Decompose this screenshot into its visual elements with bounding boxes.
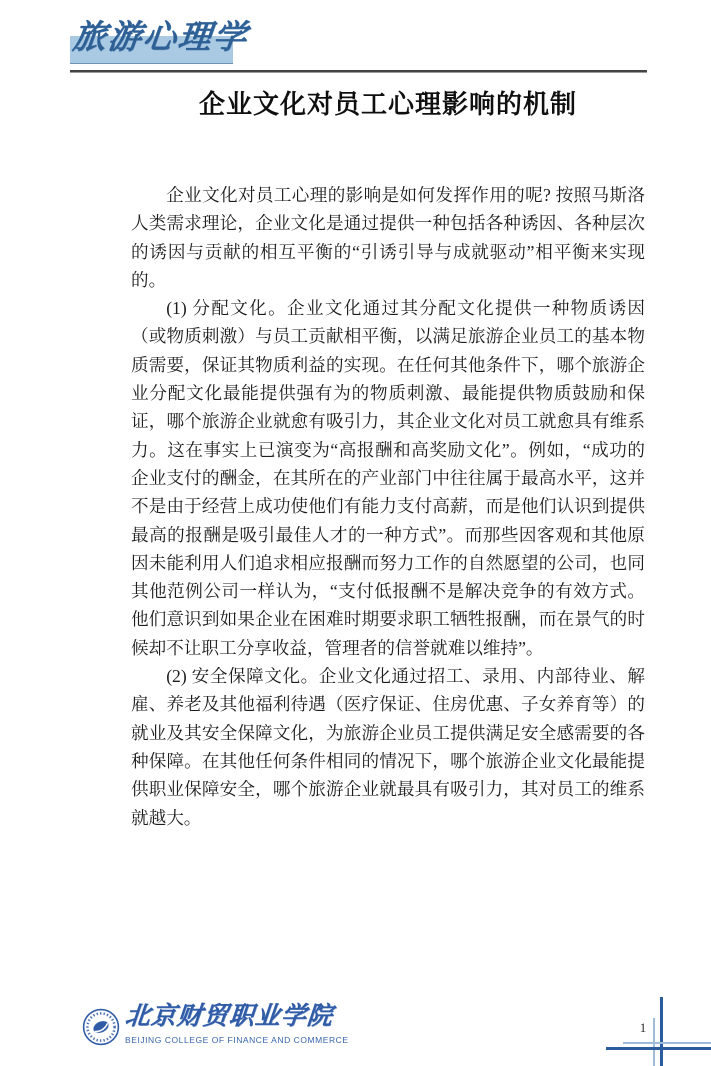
college-seal-icon (82, 1008, 120, 1051)
series-title: 旅游心理学 (71, 16, 245, 58)
college-names: 北京财贸职业学院 BEIJING COLLEGE OF FINANCE AND … (125, 998, 385, 1045)
header-rule (70, 70, 647, 73)
college-name-zh: 北京财贸职业学院 (123, 998, 386, 1034)
paragraph: 企业文化对员工心理的影响是如何发挥作用的呢? 按照马斯洛人类需求理论，企业文化是… (131, 181, 645, 294)
page-title: 企业文化对员工心理影响的机制 (131, 84, 645, 121)
paragraph: (1) 分配文化。企业文化通过其分配文化提供一种物质诱因（或物质刺激）与员工贡献… (131, 294, 645, 662)
college-name-en: BEIJING COLLEGE OF FINANCE AND COMMERCE (125, 1035, 385, 1045)
paragraph: (2) 安全保障文化。企业文化通过招工、录用、内部待业、解雇、养老及其他福利待遇… (131, 662, 645, 832)
corner-line-vertical-dark (660, 997, 663, 1066)
article-body: 企业文化对员工心理的影响是如何发挥作用的呢? 按照马斯洛人类需求理论，企业文化是… (131, 181, 645, 832)
book-page: 旅游心理学 企业文化对员工心理影响的机制 企业文化对员工心理的影响是如何发挥作用… (0, 0, 711, 1066)
corner-line-horizontal-light (623, 1042, 711, 1044)
page-number: 1 (636, 1020, 650, 1036)
corner-line-horizontal-dark (606, 1047, 711, 1050)
